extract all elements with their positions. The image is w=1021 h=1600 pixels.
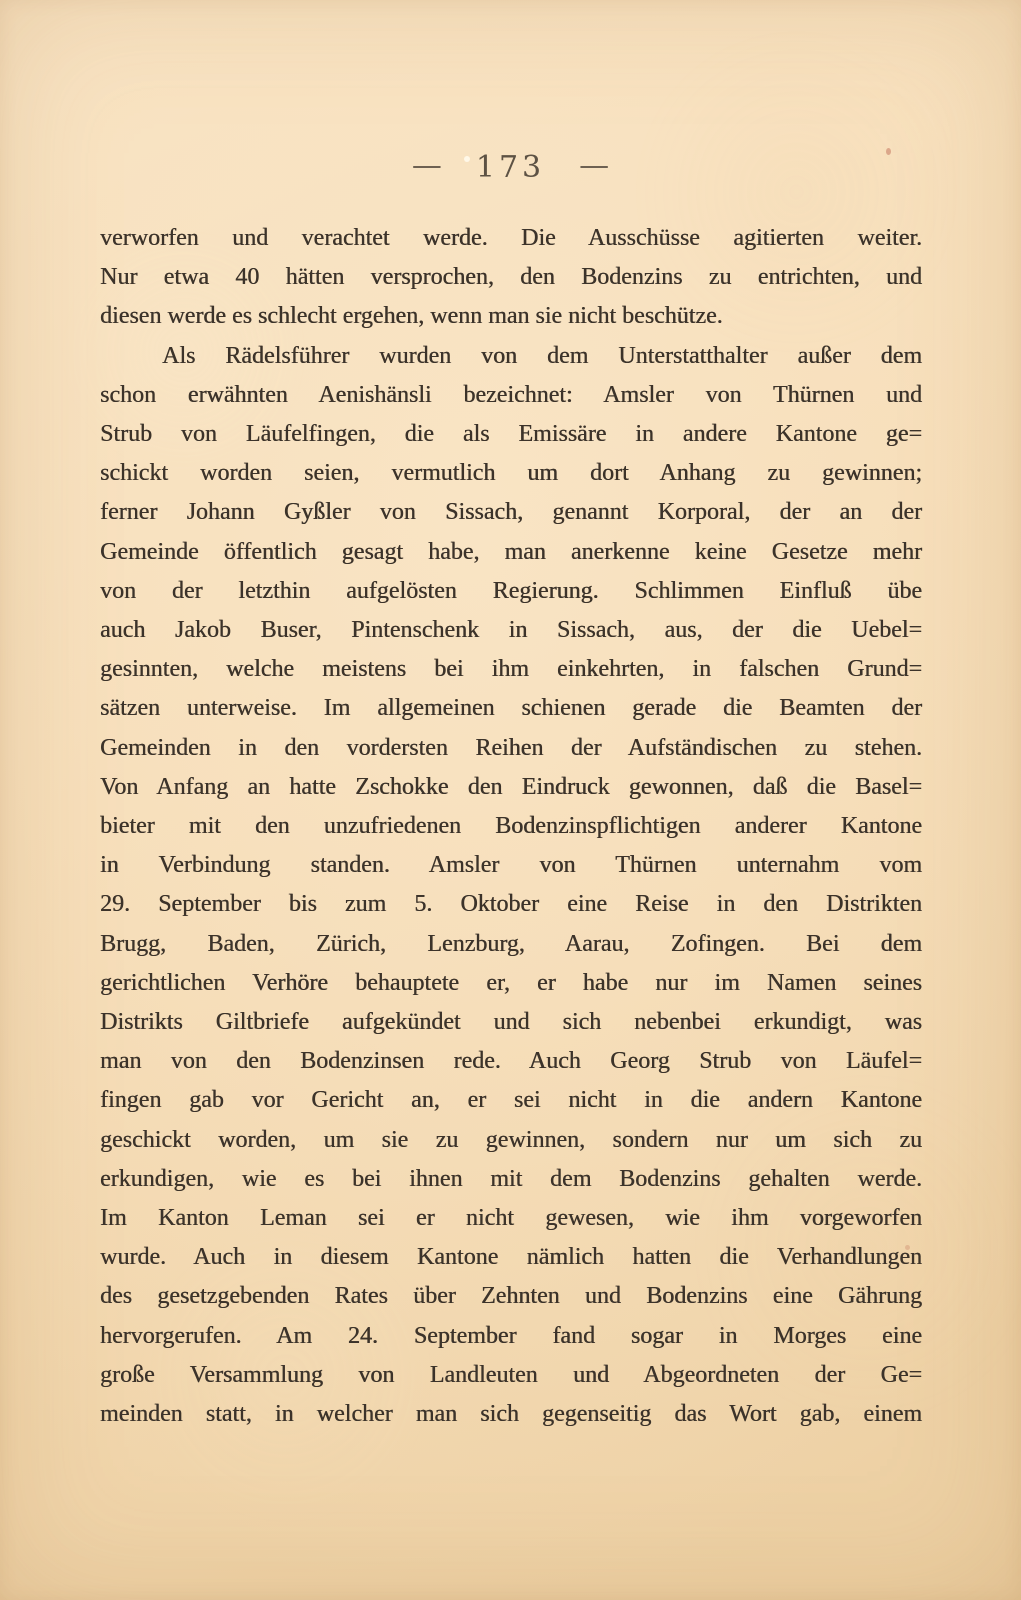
text-line: große Versammlung von Landleuten und Abg…: [100, 1356, 922, 1395]
header-dash-left: —: [412, 148, 442, 183]
text-line: Brugg, Baden, Zürich, Lenzburg, Aarau, Z…: [100, 925, 922, 964]
text-line: Im Kanton Leman sei er nicht gewesen, wi…: [100, 1199, 922, 1238]
text-line: Gemeinden in den vordersten Reihen der A…: [100, 729, 922, 768]
text-line: schon erwähnten Aenishänsli bezeichnet: …: [100, 376, 922, 415]
text-line: in Verbindung standen. Amsler von Thürne…: [100, 846, 922, 885]
text-line: bieter mit den unzufriedenen Bodenzinspf…: [100, 807, 922, 846]
text-line: des gesetzgebenden Rates über Zehnten un…: [100, 1277, 922, 1316]
body-text-block: verworfen und verachtet werde. Die Aussc…: [100, 219, 922, 1434]
text-line: schickt worden seien, vermutlich um dort…: [100, 454, 922, 493]
text-line: wurde. Auch in diesem Kantone nämlich ha…: [100, 1238, 922, 1277]
text-line: verworfen und verachtet werde. Die Aussc…: [100, 219, 922, 258]
text-line: Distrikts Giltbriefe aufgekündet und sic…: [100, 1003, 922, 1042]
page-number: 173: [476, 150, 545, 185]
text-line: fingen gab vor Gericht an, er sei nicht …: [100, 1081, 922, 1120]
text-line: man von den Bodenzinsen rede. Auch Georg…: [100, 1042, 922, 1081]
paragraph: Als Rädelsführer wurden von dem Untersta…: [100, 337, 922, 1435]
text-line: auch Jakob Buser, Pintenschenk in Sissac…: [100, 611, 922, 650]
text-line: sätzen unterweise. Im allgemeinen schien…: [100, 689, 922, 728]
text-line: 29. September bis zum 5. Oktober eine Re…: [100, 885, 922, 924]
header-dash-right: —: [579, 148, 609, 183]
text-line: gerichtlichen Verhöre behauptete er, er …: [100, 964, 922, 1003]
text-line: erkundigen, wie es bei ihnen mit dem Bod…: [100, 1160, 922, 1199]
text-line: geschickt worden, um sie zu gewinnen, so…: [100, 1121, 922, 1160]
text-line: Strub von Läufelfingen, die als Emissäre…: [100, 415, 922, 454]
text-line: Von Anfang an hatte Zschokke den Eindruc…: [100, 768, 922, 807]
text-line: Nur etwa 40 hätten versprochen, den Bode…: [100, 258, 922, 297]
scanned-book-page: —173— verworfen und verachtet werde. Die…: [0, 0, 1021, 1600]
paragraph: verworfen und verachtet werde. Die Aussc…: [100, 219, 922, 337]
text-line: meinden statt, in welcher man sich gegen…: [100, 1395, 922, 1434]
text-line: Gemeinde öffentlich gesagt habe, man ane…: [100, 533, 922, 572]
text-line: ferner Johann Gyßler von Sissach, genann…: [100, 493, 922, 532]
text-line: Als Rädelsführer wurden von dem Untersta…: [100, 337, 922, 376]
page-header: —173—: [0, 150, 1021, 185]
text-line: diesen werde es schlecht ergehen, wenn m…: [100, 297, 922, 336]
text-line: von der letzthin aufgelösten Regierung. …: [100, 572, 922, 611]
text-line: gesinnten, welche meistens bei ihm einke…: [100, 650, 922, 689]
text-line: hervorgerufen. Am 24. September fand sog…: [100, 1317, 922, 1356]
